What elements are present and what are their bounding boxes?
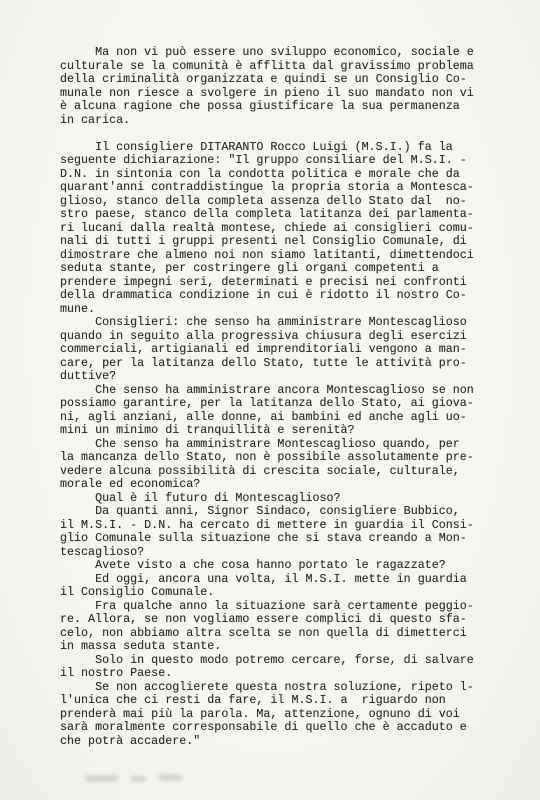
document-body: Ma non vi può essere uno sviluppo econom… (60, 46, 482, 748)
paragraph: Se non accoglierete questa nostra soluzi… (60, 681, 482, 749)
paragraph: Solo in questo modo potremo cercare, for… (60, 654, 482, 681)
paragraph: Che senso ha amministrare Montescaglioso… (60, 438, 482, 492)
paragraph: Il consigliere DITARANTO Rocco Luigi (M.… (60, 141, 482, 317)
smudge-mark (159, 774, 182, 781)
paragraph: Qual è il futuro di Montescaglioso? (60, 492, 482, 506)
paragraph: Che senso ha amministrare ancora Montesc… (60, 384, 482, 438)
paragraph: Da quanti anni, Signor Sindaco, consigli… (60, 505, 482, 559)
paragraph: Ed oggi, ancora una volta, il M.S.I. met… (60, 573, 482, 600)
scanned-page: Ma non vi può essere uno sviluppo econom… (0, 0, 540, 800)
paragraph: Ma non vi può essere uno sviluppo econom… (60, 46, 482, 127)
paragraph: Avete visto a che cosa hanno portato le … (60, 559, 482, 573)
smudge-mark (131, 776, 146, 782)
paragraph: Fra qualche anno la situazione sarà cert… (60, 600, 482, 654)
paragraph: Consiglieri: che senso ha amministrare M… (60, 316, 482, 384)
ink-smudge (86, 774, 182, 783)
smudge-mark (86, 775, 118, 782)
